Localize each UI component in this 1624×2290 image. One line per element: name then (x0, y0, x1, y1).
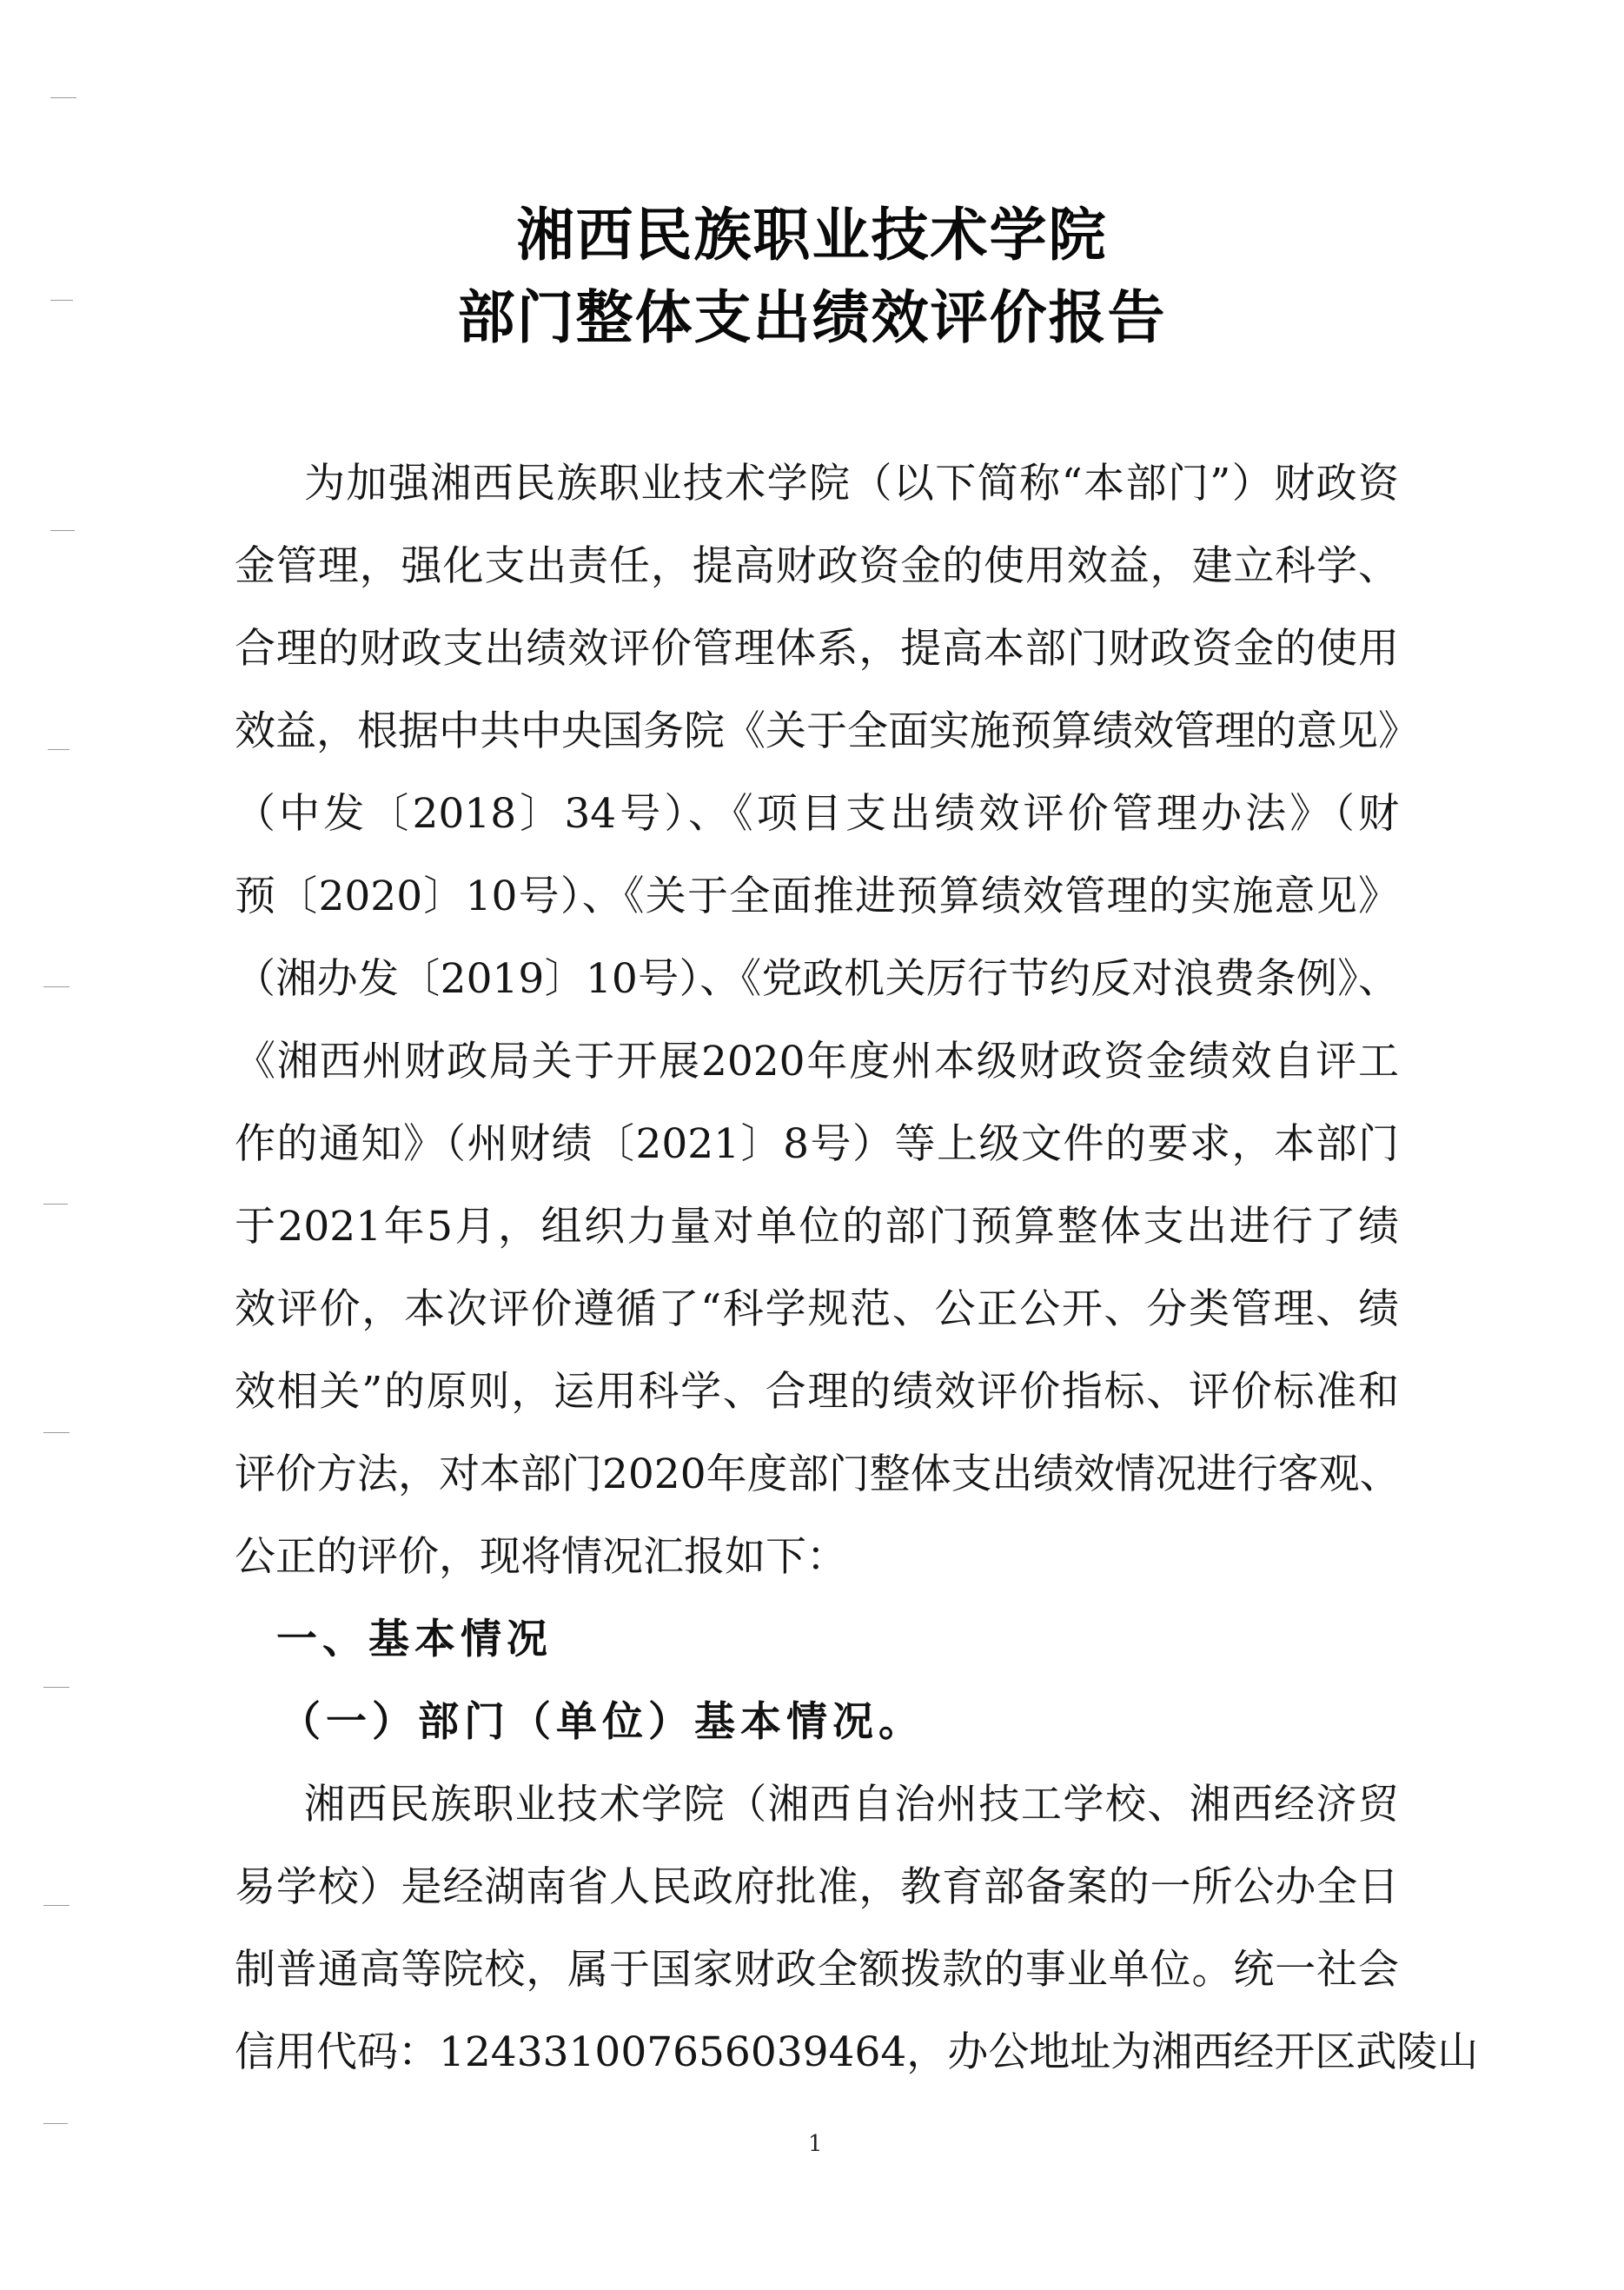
scan-artifact (43, 1432, 70, 1433)
section-heading: 一、基本情况 (276, 1619, 553, 1660)
paragraph-line: 金管理，强化支出责任，提高财政资金的使用效益，建立科学、 (235, 546, 1399, 587)
paragraph-line: （中发〔2018〕34号）、《项目支出绩效评价管理办法》（财 (235, 793, 1399, 834)
scan-artifact (43, 1905, 70, 1906)
paragraph-line: 效益，根据中共中央国务院《关于全面实施预算绩效管理的意见》 (235, 711, 1399, 752)
document-page: 湘西民族职业技术学院 部门整体支出绩效评价报告 为加强湘西民族职业技术学院（以下… (0, 0, 1624, 2290)
scan-artifact (50, 97, 76, 98)
paragraph-line: 合理的财政支出绩效评价管理体系，提高本部门财政资金的使用 (235, 628, 1399, 669)
paragraph-line: 易学校）是经湖南省人民政府批准，教育部备案的一所公办全日 (235, 1867, 1399, 1908)
paragraph-line: 预〔2020〕10号）、《关于全面推进预算绩效管理的实施意见》 (235, 876, 1399, 917)
paragraph-line: 公正的评价，现将情况汇报如下： (235, 1537, 1399, 1577)
paragraph-line: 信用代码：12433100765603946​4，办公地址为湘西经开区武陵山 (235, 2032, 1399, 2073)
subsection-heading: （一）部门（单位）基本情况。 (280, 1702, 925, 1742)
paragraph-line: 效评价，本次评价遵循了“科学规范、公正公开、分类管理、绩 (235, 1289, 1399, 1330)
scan-artifact (43, 1687, 70, 1688)
paragraph-line: 作的通知》（州财绩〔2021〕8号）等上级文件的要求，本部门 (235, 1124, 1399, 1165)
paragraph-line: 评价方法，对本部门2020年度部门整体支出绩效情况进行客观、 (235, 1454, 1399, 1495)
document-title-line-1: 湘西民族职业技术学院 (0, 207, 1624, 264)
paragraph-line: 为加强湘西民族职业技术学院（以下简称“本部门”）财政资 (304, 463, 1399, 504)
scan-artifact (43, 986, 70, 987)
paragraph-line: 《湘西州财政局关于开展2020年度州本级财政资金绩效自评工 (235, 1041, 1399, 1082)
paragraph-line: （湘办发〔2019〕10号）、《党政机关厉行节约反对浪费条例》、 (235, 959, 1399, 999)
scan-artifact (43, 1204, 68, 1205)
paragraph-line: 于2021年5月，组织力量对单位的部门预算整体支出进行了绩 (235, 1206, 1399, 1247)
scan-artifact (48, 749, 70, 750)
scan-artifact (43, 2123, 68, 2124)
scan-artifact (50, 300, 73, 301)
paragraph-line: 效相关”的原则，运用科学、合理的绩效评价指标、评价标准和 (235, 1371, 1399, 1412)
document-title-line-2: 部门整体支出绩效评价报告 (0, 289, 1624, 347)
page-number: 1 (808, 2131, 823, 2157)
paragraph-line: 制普通高等院校，属于国家财政全额拨款的事业单位。统一社会 (235, 1949, 1399, 1990)
scan-artifact (50, 530, 75, 531)
paragraph-line: 湘西民族职业技术学院（湘西自治州技工学校、湘西经济贸 (304, 1784, 1399, 1825)
